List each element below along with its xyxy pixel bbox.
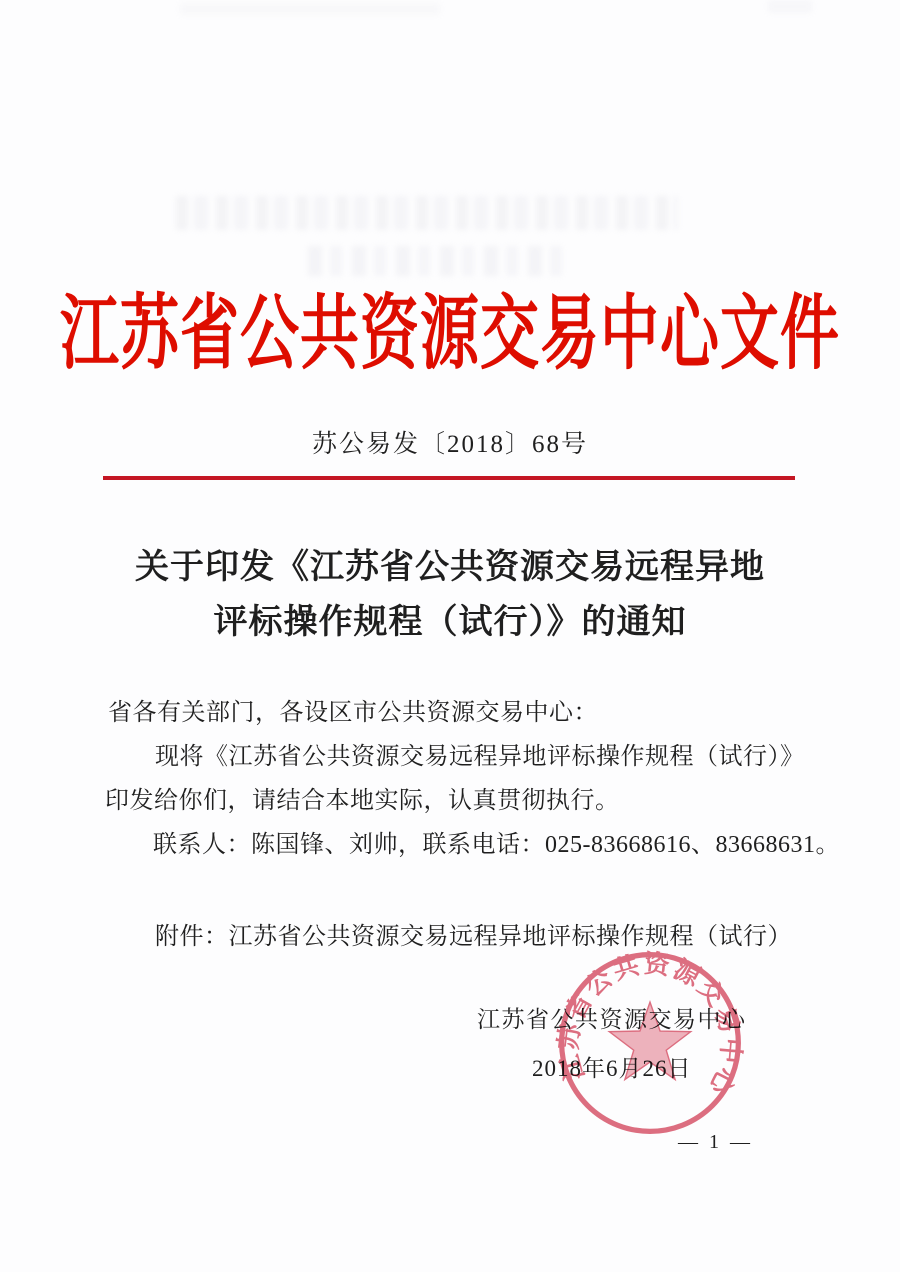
page-number: — 1 — [678, 1131, 753, 1154]
notice-title-line1: 关于印发《江苏省公共资源交易远程异地 [0, 540, 900, 595]
contact-line: 联系人：陈国锋、刘帅，联系电话：025-83668616、83668631。 [153, 824, 840, 859]
seal-star-icon [609, 1002, 690, 1079]
scan-artifact [180, 3, 440, 15]
body-paragraph-line: 现将《江苏省公共资源交易远程异地评标操作规程（试行）》 [155, 736, 805, 771]
notice-title-line2: 评标操作规程（试行）》的通知 [0, 595, 900, 650]
document-number: 苏公易发〔2018〕68号 [0, 424, 900, 460]
document-page: 江苏省公共资源交易中心文件 苏公易发〔2018〕68号 关于印发《江苏省公共资源… [0, 0, 900, 1272]
letterhead-title: 江苏省公共资源交易中心文件 [0, 292, 900, 375]
scan-artifact [768, 0, 812, 13]
attachment-line: 附件：江苏省公共资源交易远程异地评标操作规程（试行） [155, 916, 792, 951]
bleed-through-text-line [176, 196, 678, 230]
notice-title: 关于印发《江苏省公共资源交易远程异地 评标操作规程（试行）》的通知 [0, 540, 900, 650]
salutation-line: 省各有关部门，各设区市公共资源交易中心： [108, 692, 598, 727]
red-separator-rule [103, 476, 795, 480]
body-paragraph-line: 印发给你们，请结合本地实际，认真贯彻执行。 [105, 780, 620, 815]
official-seal-stamp: 江苏省公共资源交易中心 [555, 948, 745, 1138]
bleed-through-text-line [308, 246, 570, 276]
